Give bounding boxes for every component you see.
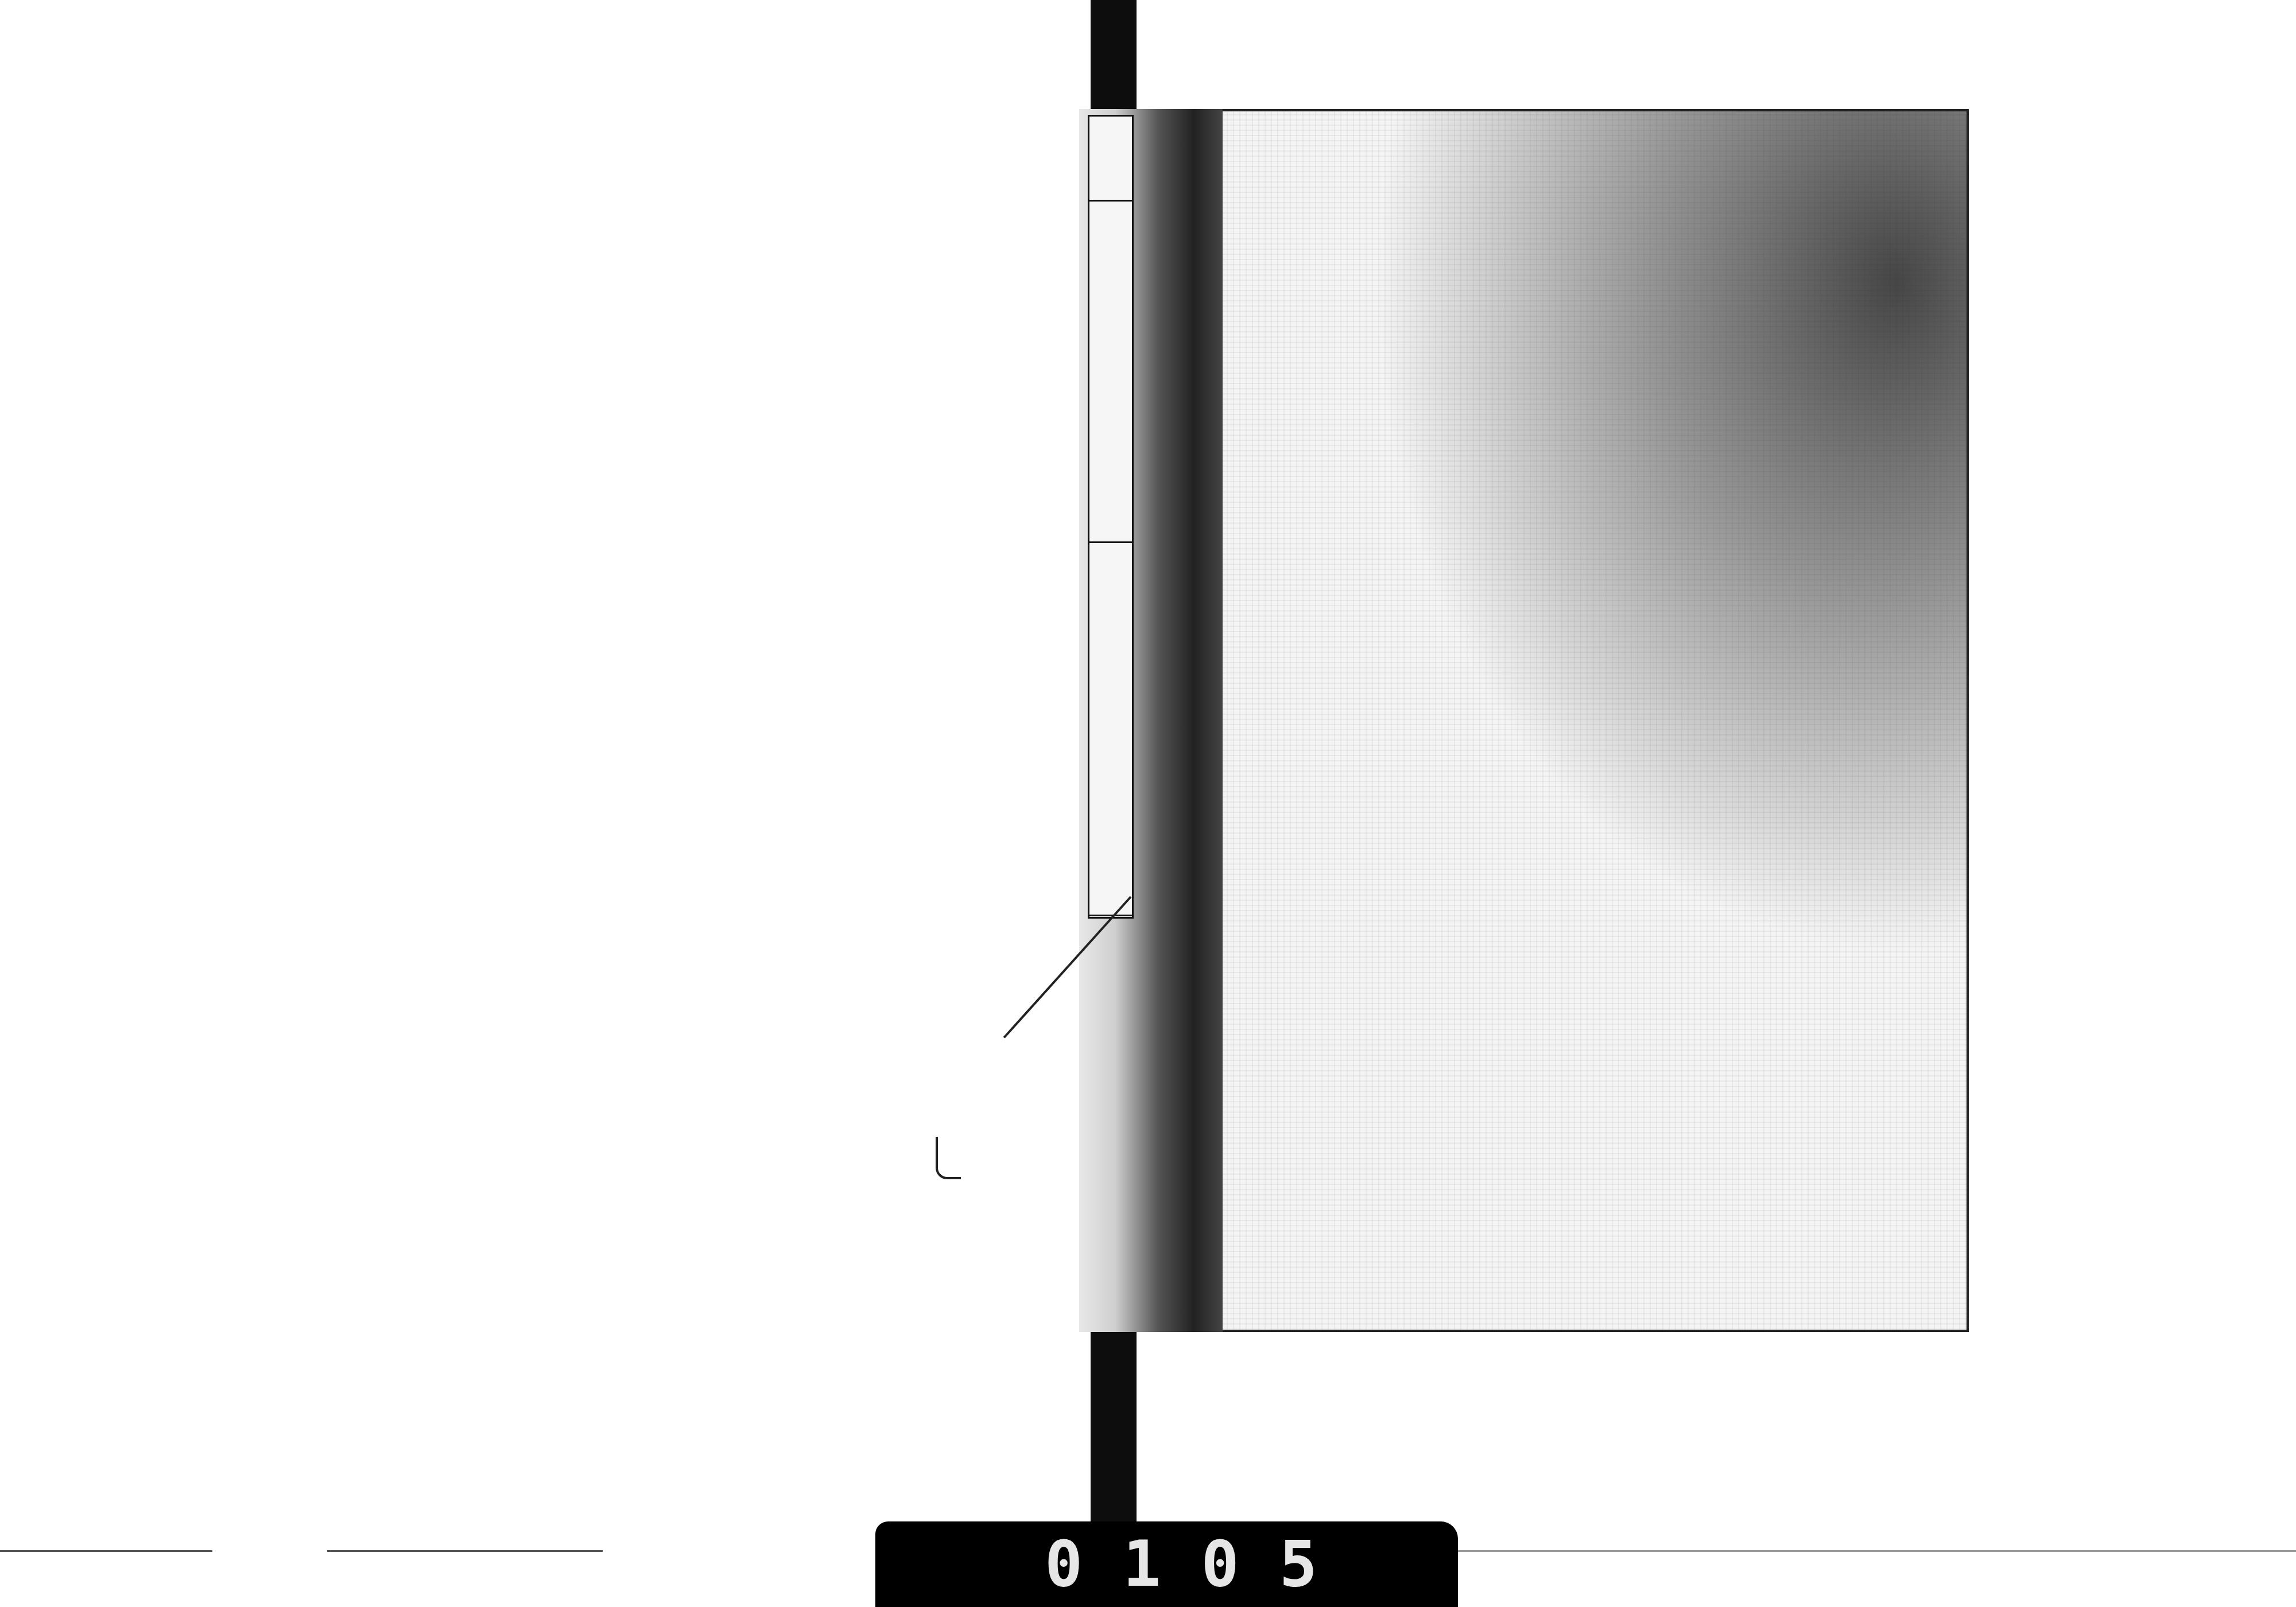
baseline-rule	[0, 1550, 212, 1552]
slip-divider	[1089, 541, 1132, 543]
binding-string-tail	[936, 1137, 961, 1179]
frame-counter: 0105	[1045, 1527, 1358, 1601]
title-slip	[1088, 115, 1134, 919]
slip-divider	[1089, 200, 1132, 202]
slip-divider	[1089, 915, 1132, 916]
baseline-rule	[1458, 1550, 2296, 1552]
baseline-rule	[327, 1550, 603, 1552]
